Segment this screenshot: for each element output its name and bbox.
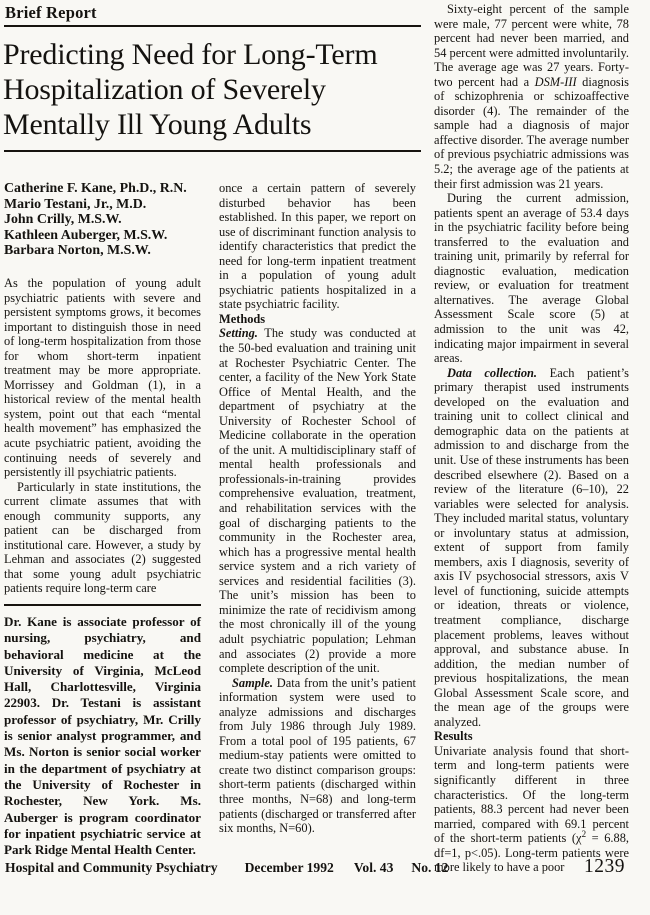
journal-name: Hospital and Community Psychiatry [5, 860, 218, 876]
body-paragraph: Particularly in state institutions, the … [4, 480, 201, 596]
data-collection-paragraph: Data collection. Each patient’s primary … [434, 366, 629, 730]
column-left: Catherine F. Kane, Ph.D., R.N. Mario Tes… [4, 181, 201, 858]
setting-paragraph: Setting. The study was conducted at the … [219, 326, 416, 675]
author-name: John Crilly, M.S.W. [4, 212, 201, 228]
page-footer: Hospital and Community Psychiatry Decemb… [5, 856, 645, 878]
data-collection-text: Each patient’s primary therapist used in… [434, 366, 629, 729]
author-name: Barbara Norton, M.S.W. [4, 243, 201, 259]
results-heading: Results [434, 729, 629, 744]
affiliation-note: Dr. Kane is associate professor of nursi… [4, 614, 201, 858]
page-number: 1239 [584, 856, 625, 878]
dsm-iii-reference: DSM-III [535, 75, 577, 89]
journal-page: Brief Report Predicting Need for Long-Te… [0, 0, 650, 915]
sample-description-paragraph: Sixty-eight percent of the sample were m… [434, 2, 629, 191]
intro-paragraph: As the population of young adult psychia… [4, 276, 201, 480]
data-collection-runin-label: Data collection. [447, 366, 537, 380]
author-name: Kathleen Auberger, M.S.W. [4, 228, 201, 244]
title-line-3: Mentally Ill Young Adults [3, 107, 427, 142]
issue-date: December 1992 [245, 860, 334, 876]
header-rule [4, 25, 421, 27]
body-paragraph: once a certain pattern of severely distu… [219, 181, 416, 312]
article-title: Predicting Need for Long-Term Hospitaliz… [3, 37, 427, 142]
setting-runin-label: Setting. [219, 326, 258, 340]
issue-number-label: No. 12 [411, 860, 448, 876]
author-name: Catherine F. Kane, Ph.D., R.N. [4, 181, 201, 197]
column-middle: once a certain pattern of severely distu… [219, 181, 416, 836]
volume-label: Vol. 43 [354, 860, 394, 876]
title-line-1: Predicting Need for Long-Term [3, 37, 427, 72]
paragraph-text: Univariate analysis found that short-ter… [434, 744, 629, 845]
sample-paragraph: Sample. Data from the unit’s patient inf… [219, 676, 416, 836]
author-name: Mario Testani, Jr., M.D. [4, 197, 201, 213]
title-line-2: Hospitalization of Severely [3, 72, 427, 107]
sample-text: Data from the unit’s patient information… [219, 676, 416, 835]
setting-text: The study was conducted at the 50-bed ev… [219, 326, 416, 675]
sample-runin-label: Sample. [232, 676, 273, 690]
title-rule [4, 150, 421, 152]
affiliation-divider [4, 604, 201, 606]
admission-paragraph: During the current admission, patients s… [434, 191, 629, 366]
section-kicker: Brief Report [5, 3, 97, 23]
methods-heading: Methods [219, 312, 416, 327]
paragraph-text: diagnosis of schizophrenia or schizoaffe… [434, 75, 629, 191]
column-right: Sixty-eight percent of the sample were m… [434, 2, 629, 875]
authors-block: Catherine F. Kane, Ph.D., R.N. Mario Tes… [4, 181, 201, 259]
